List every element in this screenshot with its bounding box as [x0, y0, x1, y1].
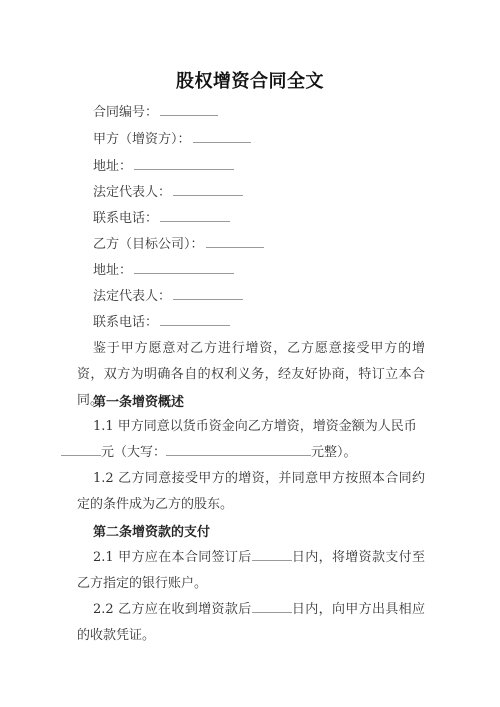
clause-2-2: 2.2 乙方应在收到增资款后日内，向甲方出具相应的收款凭证。	[77, 597, 425, 649]
clause-1-1-text-3: 元整）。	[311, 445, 357, 460]
section-2-heading: 第二条增资款的支付	[93, 524, 210, 542]
field-label: 地址：	[93, 263, 132, 278]
contract-number-blank	[160, 103, 218, 116]
clause-1-1: 1.1 甲方同意以货币资金向乙方增资，增资金额为人民币 元（大写：元整）。	[77, 414, 425, 466]
clause-2-1: 2.1 甲方应在本合同签订后日内，将增资款支付至乙方指定的银行账户。	[77, 545, 425, 597]
field-party-a-phone: 联系电话：	[93, 209, 230, 228]
clause-1-1-text-2: 元（大写：	[101, 445, 166, 460]
field-party-a-representative: 法定代表人：	[93, 183, 243, 202]
field-label: 乙方（目标公司）：	[93, 237, 204, 252]
document-title: 股权增资合同全文	[0, 70, 500, 94]
clause-1-2: 1.2 乙方同意接受甲方的增资，并同意甲方按照本合同约定的条件成为乙方的股东。	[77, 466, 425, 518]
field-label: 联系电话：	[93, 315, 158, 330]
field-party-b-representative: 法定代表人：	[93, 287, 243, 306]
field-contract-number: 合同编号：	[93, 103, 218, 122]
party-a-representative-blank	[173, 183, 243, 196]
party-b-representative-blank	[173, 287, 243, 300]
party-b-blank	[206, 235, 264, 248]
clause-2-2-text: 2.2 乙方应在收到增资款后	[93, 602, 252, 617]
field-party-b-address: 地址：	[93, 261, 234, 280]
clause-2-1-text: 2.1 甲方应在本合同签订后	[93, 550, 252, 565]
party-b-address-blank	[134, 261, 234, 274]
field-label: 法定代表人：	[93, 289, 171, 304]
payment-days-blank	[252, 547, 292, 561]
section-1-heading: 第一条增资概述	[93, 394, 184, 412]
party-a-address-blank	[134, 157, 234, 170]
field-party-a-address: 地址：	[93, 157, 234, 176]
party-a-phone-blank	[160, 209, 230, 222]
field-party-a: 甲方（增资方）：	[93, 130, 251, 149]
field-party-b: 乙方（目标公司）：	[93, 235, 264, 254]
field-party-b-phone: 联系电话：	[93, 313, 230, 332]
field-label: 法定代表人：	[93, 185, 171, 200]
document-page: 股权增资合同全文 合同编号： 甲方（增资方）： 地址： 法定代表人： 联系电话：…	[0, 0, 500, 707]
clause-1-1-text: 1.1 甲方同意以货币资金向乙方增资，增资金额为人民币	[93, 419, 417, 434]
amount-blank	[61, 442, 101, 456]
party-b-phone-blank	[160, 313, 230, 326]
field-label: 甲方（增资方）：	[93, 132, 191, 147]
receipt-days-blank	[252, 599, 292, 613]
party-a-blank	[193, 130, 251, 143]
field-label: 联系电话：	[93, 211, 158, 226]
field-label: 合同编号：	[93, 105, 158, 120]
amount-in-words-blank	[166, 442, 311, 456]
field-label: 地址：	[93, 159, 132, 174]
